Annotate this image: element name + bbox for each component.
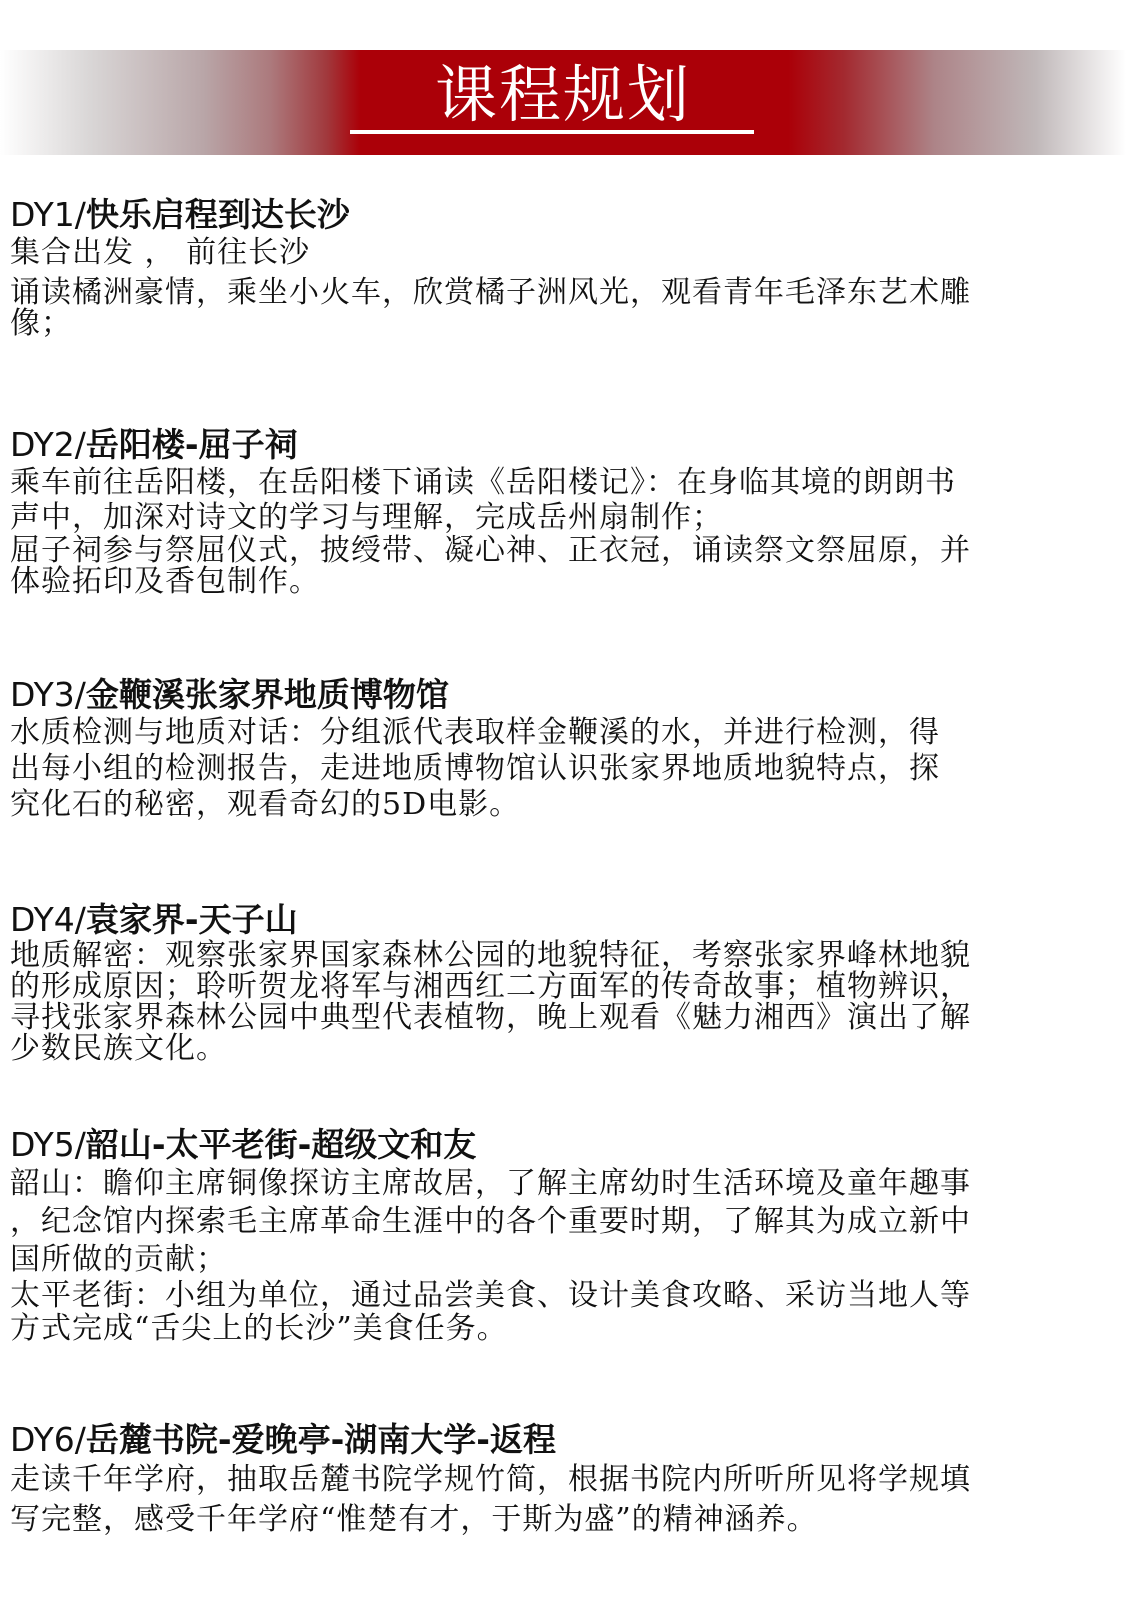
day-description-line: 国所做的贡献； (10, 1241, 1120, 1279)
day-description-line: 水质检测与地质对话：分组派代表取样金鞭溪的水，并进行检测，得 (10, 715, 1120, 751)
day-code: DY2/ (10, 425, 86, 464)
day-description-line: 集合出发 ， 前往长沙 (10, 235, 1120, 271)
day-name: 韶山-太平老街-超级文和友 (86, 1125, 476, 1164)
day-description-line: 屈子祠参与祭屈仪式，披绶带、凝心神、正衣冠，诵读祭文祭屈原，并 (10, 535, 1120, 566)
day-description-line: 写完整，感受千年学府“惟楚有才，于斯为盛”的精神涵养。 (10, 1500, 1120, 1540)
day-description-line: 地质解密：观察张家界国家森林公园的地貌特征，考察张家界峰林地貌 (10, 940, 1120, 971)
day-code: DY5/ (10, 1125, 86, 1164)
day-section-3: DY3/金鞭溪张家界地质博物馆 水质检测与地质对话：分组派代表取样金鞭溪的水，并… (10, 675, 1120, 823)
day-code: DY4/ (10, 900, 86, 939)
day-description-line: 出每小组的检测报告，走进地质博物馆认识张家界地质地貌特点，探 (10, 751, 1120, 787)
day-title: DY3/金鞭溪张家界地质博物馆 (10, 675, 1120, 715)
day-section-6: DY6/岳麓书院-爱晚亭-湖南大学-返程 走读千年学府，抽取岳麓书院学规竹简，根… (10, 1420, 1120, 1540)
day-section-5: DY5/韶山-太平老街-超级文和友 韶山：瞻仰主席铜像探访主席故居，了解主席幼时… (10, 1125, 1120, 1345)
day-description-line: 走读千年学府，抽取岳麓书院学规竹简，根据书院内所听所见将学规填 (10, 1460, 1120, 1500)
day-code: DY1/ (10, 195, 86, 234)
day-section-4: DY4/袁家界-天子山 地质解密：观察张家界国家森林公园的地貌特征，考察张家界峰… (10, 900, 1120, 1064)
day-description-line: 乘车前往岳阳楼，在岳阳楼下诵读《岳阳楼记》：在身临其境的朗朗书 (10, 465, 1120, 500)
day-description-line: 韶山：瞻仰主席铜像探访主席故居，了解主席幼时生活环境及童年趣事 (10, 1165, 1120, 1203)
day-description-line: ，纪念馆内探索毛主席革命生涯中的各个重要时期，了解其为成立新中 (10, 1203, 1120, 1241)
day-description-line: 太平老街：小组为单位，通过品尝美食、设计美食攻略、采访当地人等 (10, 1279, 1120, 1312)
section-banner: 课程规划 (0, 50, 1126, 155)
day-name: 袁家界-天子山 (86, 900, 298, 939)
day-title: DY5/韶山-太平老街-超级文和友 (10, 1125, 1120, 1165)
day-description-line: 像； (10, 308, 1120, 339)
day-title: DY6/岳麓书院-爱晚亭-湖南大学-返程 (10, 1420, 1120, 1460)
day-description-line: 少数民族文化。 (10, 1033, 1120, 1064)
day-section-1: DY1/快乐启程到达长沙 集合出发 ， 前往长沙 诵读橘洲豪情，乘坐小火车，欣赏… (10, 195, 1120, 339)
day-name: 快乐启程到达长沙 (86, 195, 350, 234)
day-name: 岳阳楼-屈子祠 (86, 425, 298, 464)
day-title: DY2/岳阳楼-屈子祠 (10, 425, 1120, 465)
day-title: DY4/袁家界-天子山 (10, 900, 1120, 940)
day-code: DY6/ (10, 1420, 86, 1459)
day-description-line: 究化石的秘密，观看奇幻的5D电影。 (10, 787, 1120, 823)
page-title: 课程规划 (0, 60, 1126, 130)
day-name: 岳麓书院-爱晚亭-湖南大学-返程 (86, 1420, 556, 1459)
day-description-line: 体验拓印及香包制作。 (10, 566, 1120, 597)
day-name: 金鞭溪张家界地质博物馆 (86, 675, 449, 714)
title-underline (350, 130, 754, 134)
day-description-line: 声中，加深对诗文的学习与理解，完成岳州扇制作； (10, 500, 1120, 535)
day-code: DY3/ (10, 675, 86, 714)
day-description-line: 寻找张家界森林公园中典型代表植物，晚上观看《魅力湘西》演出了解 (10, 1002, 1120, 1033)
day-title: DY1/快乐启程到达长沙 (10, 195, 1120, 235)
day-description-line: 诵读橘洲豪情，乘坐小火车，欣赏橘子洲风光，观看青年毛泽东艺术雕 (10, 277, 1120, 308)
day-section-2: DY2/岳阳楼-屈子祠 乘车前往岳阳楼，在岳阳楼下诵读《岳阳楼记》：在身临其境的… (10, 425, 1120, 597)
day-description-line: 的形成原因；聆听贺龙将军与湘西红二方面军的传奇故事；植物辨识， (10, 971, 1120, 1002)
day-description-line: 方式完成“舌尖上的长沙”美食任务。 (10, 1312, 1120, 1345)
